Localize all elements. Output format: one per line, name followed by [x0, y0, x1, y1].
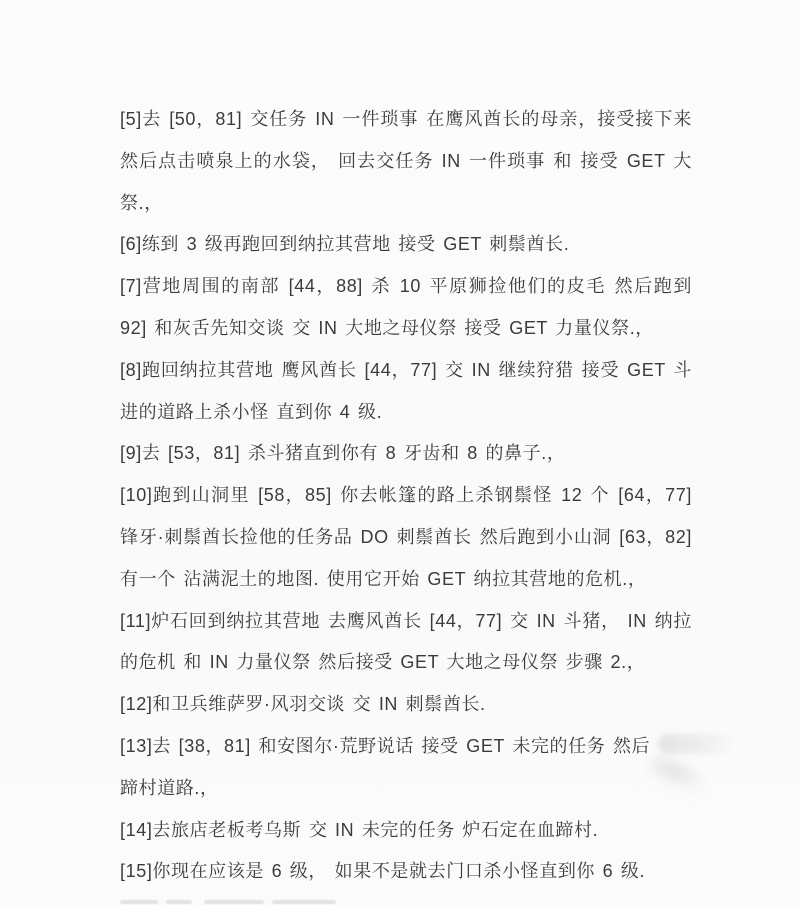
- text-line-content: [10]跑到山洞里 [58，85] 你去帐篷的路上杀钢鬃怪 12 个 [64，7…: [120, 485, 692, 517]
- text-line-content: [11]炉石回到纳拉其营地 去鹰风酋长 [44，77] 交 IN 斗猪， IN …: [120, 611, 692, 643]
- text-line-content: 92] 和灰舌先知交谈 交 IN 大地之母仪祭 接受 GET 力量仪祭.，: [120, 318, 654, 338]
- text-line-content: [14]去旅店老板考乌斯 交 IN 未完的任务 炉石定在血蹄村.: [120, 820, 598, 840]
- text-line-content: [6]练到 3 级再跑回到纳拉其营地 接受 GET 刺鬃酋长.: [120, 234, 569, 254]
- text-line-content: [9]去 [53，81] 杀斗猪直到你有 8 牙齿和 8 的鼻子.，: [120, 443, 565, 463]
- text-line: 的危机 和 IN 力量仪祭 然后接受 GET 大地之母仪祭 步骤 2.，: [120, 642, 692, 684]
- text-line-content: 的危机 和 IN 力量仪祭 然后接受 GET 大地之母仪祭 步骤 2.，: [120, 652, 645, 672]
- text-line: 锋牙·刺鬃酋长捡他的任务品 DO 刺鬃酋长 然后跑到小山洞 [63，82] 在里…: [120, 517, 692, 559]
- text-line: 进的道路上杀小怪 直到你 4 级.: [120, 392, 692, 434]
- text-line-content: [12]和卫兵维萨罗·风羽交谈 交 IN 刺鬃酋长.: [120, 694, 486, 714]
- clipped-text-fragment: [204, 900, 264, 904]
- text-line-content: 然后点击喷泉上的水袋， 回去交任务 IN 一件琐事 和 接受 GET 大地之母仪: [120, 151, 692, 183]
- text-line: [14]去旅店老板考乌斯 交 IN 未完的任务 炉石定在血蹄村.: [120, 810, 692, 852]
- page-background: [5]去 [50，81] 交任务 IN 一件琐事 在鹰风酋长的母亲，接受接下来的…: [0, 0, 800, 905]
- text-line: [10]跑到山洞里 [58，85] 你去帐篷的路上杀钢鬃怪 12 个 [64，7…: [120, 475, 692, 517]
- text-line: 92] 和灰舌先知交谈 交 IN 大地之母仪祭 接受 GET 力量仪祭.，: [120, 308, 692, 350]
- clipped-next-line: [120, 900, 692, 905]
- text-line: 有一个 沾满泥土的地图. 使用它开始 GET 纳拉其营地的危机.，: [120, 559, 692, 601]
- clipped-text-fragment: [166, 900, 192, 904]
- text-line: [8]跑回纳拉其营地 鹰风酋长 [44，77] 交 IN 继续狩猎 接受 GET…: [120, 350, 692, 392]
- text-line: [7]营地周围的南部 [44，88] 杀 10 平原狮捡他们的皮毛 然后跑到 […: [120, 266, 692, 308]
- text-line: [12]和卫兵维萨罗·风羽交谈 交 IN 刺鬃酋长.: [120, 684, 692, 726]
- text-line-content: 祭.，: [120, 193, 163, 213]
- text-line-content: 进的道路上杀小怪 直到你 4 级.: [120, 402, 382, 422]
- text-line-content: [5]去 [50，81] 交任务 IN 一件琐事 在鹰风酋长的母亲，接受接下来的…: [120, 109, 692, 141]
- text-line: 蹄村道路.，: [120, 768, 692, 810]
- smudge-overlay: [658, 734, 736, 754]
- text-line-content: 锋牙·刺鬃酋长捡他的任务品 DO 刺鬃酋长 然后跑到小山洞 [63，82] 在里…: [120, 527, 692, 559]
- text-line: [11]炉石回到纳拉其营地 去鹰风酋长 [44，77] 交 IN 斗猪， IN …: [120, 601, 692, 643]
- text-line: [5]去 [50，81] 交任务 IN 一件琐事 在鹰风酋长的母亲，接受接下来的…: [120, 99, 692, 141]
- clipped-text-fragment: [272, 900, 336, 904]
- text-line: 然后点击喷泉上的水袋， 回去交任务 IN 一件琐事 和 接受 GET 大地之母仪: [120, 141, 692, 183]
- text-line: [9]去 [53，81] 杀斗猪直到你有 8 牙齿和 8 的鼻子.，: [120, 433, 692, 475]
- text-line-content: [13]去 [38，81] 和安图尔·荒野说话 接受 GET 未完的任务 然后: [120, 736, 650, 756]
- text-line-content: [8]跑回纳拉其营地 鹰风酋长 [44，77] 交 IN 继续狩猎 接受 GET…: [120, 360, 692, 392]
- text-line: [15]你现在应该是 6 级， 如果不是就去门口杀小怪直到你 6 级.: [120, 851, 692, 893]
- text-line-content: [15]你现在应该是 6 级， 如果不是就去门口杀小怪直到你 6 级.: [120, 861, 645, 881]
- guide-document: [5]去 [50，81] 交任务 IN 一件琐事 在鹰风酋长的母亲，接受接下来的…: [120, 99, 692, 893]
- text-line-content: 蹄村道路.，: [120, 778, 219, 798]
- text-line: [6]练到 3 级再跑回到纳拉其营地 接受 GET 刺鬃酋长.: [120, 224, 692, 266]
- text-line-content: [7]营地周围的南部 [44，88] 杀 10 平原狮捡他们的皮毛 然后跑到 […: [120, 276, 692, 308]
- text-line: 祭.，: [120, 183, 692, 225]
- text-line-with-smudge: [13]去 [38，81] 和安图尔·荒野说话 接受 GET 未完的任务 然后: [120, 726, 692, 768]
- clipped-text-fragment: [120, 900, 158, 904]
- text-line-content: 有一个 沾满泥土的地图. 使用它开始 GET 纳拉其营地的危机.，: [120, 569, 646, 589]
